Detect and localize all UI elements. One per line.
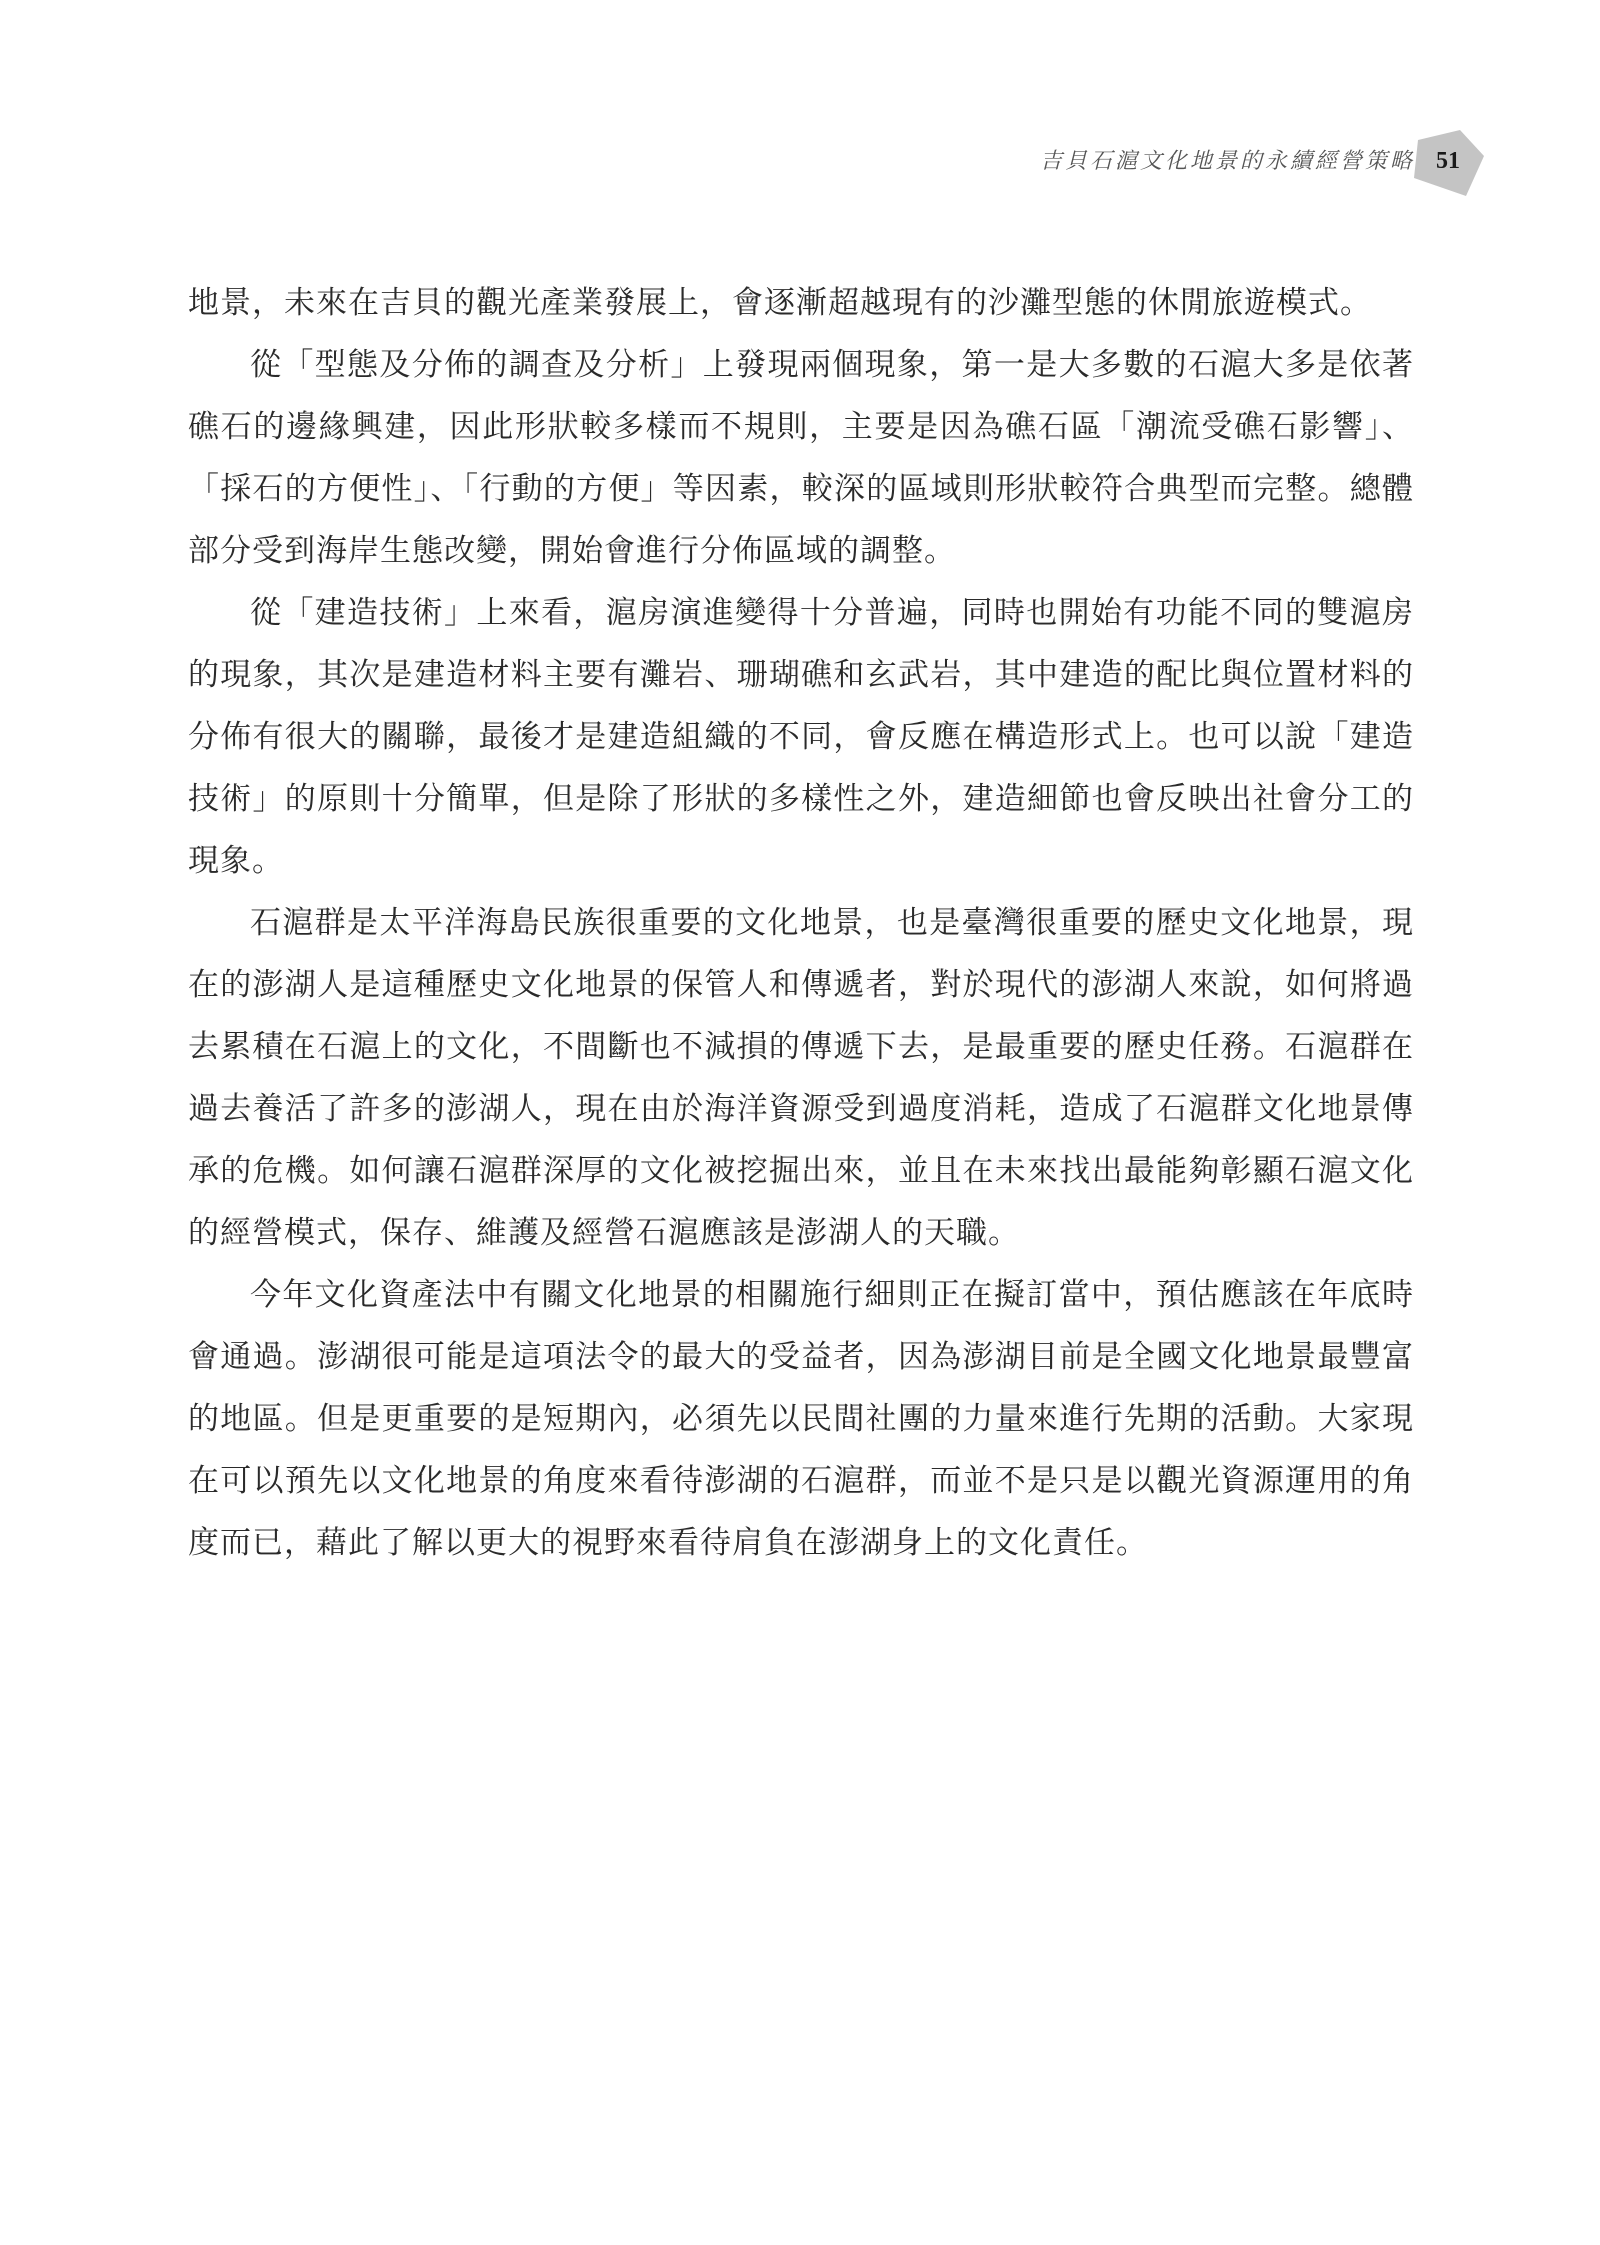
page-number-badge: 51 [1410,128,1486,200]
paragraph-continued: 地景，未來在吉貝的觀光產業發展上，會逐漸超越現有的沙灘型態的休閒旅遊模式。 [188,272,1414,334]
page-number: 51 [1410,128,1486,194]
body-text: 地景，未來在吉貝的觀光產業發展上，會逐漸超越現有的沙灘型態的休閒旅遊模式。 從「… [188,272,1414,1574]
paragraph-distribution-analysis: 從「型態及分佈的調查及分析」上發現兩個現象，第一是大多數的石滬大多是依著礁石的邊… [188,334,1414,582]
paragraph-cultural-heritage-law: 今年文化資產法中有關文化地景的相關施行細則正在擬訂當中，預估應該在年底時會通過。… [188,1264,1414,1574]
running-header-title: 吉貝石滬文化地景的永續經營策略 [1040,136,1370,186]
paragraph-cultural-landscape: 石滬群是太平洋海島民族很重要的文化地景，也是臺灣很重要的歷史文化地景，現在的澎湖… [188,892,1414,1264]
paragraph-construction-technique: 從「建造技術」上來看，滬房演進變得十分普遍，同時也開始有功能不同的雙滬房的現象，… [188,582,1414,892]
